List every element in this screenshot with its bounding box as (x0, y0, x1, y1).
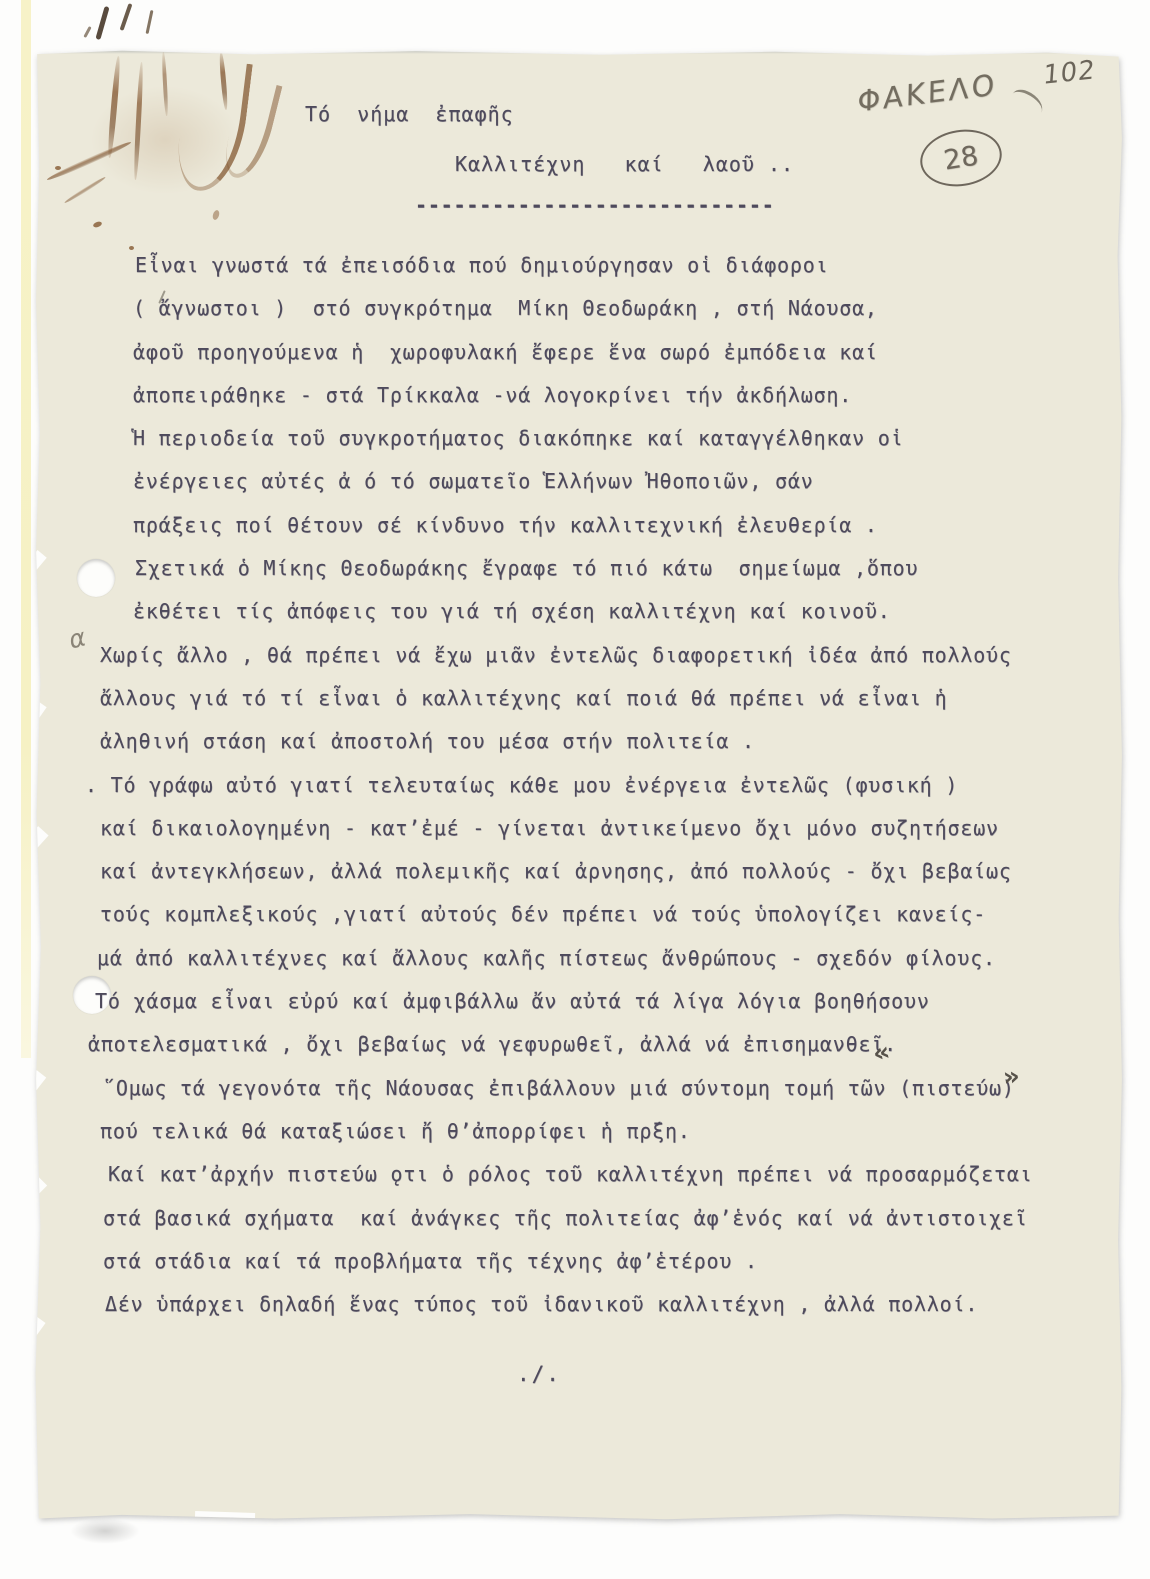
typed-line: ἀποτελεσματικά , ὄχι βεβαίως νά γεφυρωθε… (88, 1023, 1110, 1066)
handwritten-insert-close: » (1001, 1061, 1021, 1093)
typed-line: ἀληθινή στάση καί ἀποστολή του μέσα στήν… (100, 720, 1110, 763)
document-page: Τό νήμα ἐπαφῆς Καλλιτέχνη καί λαοῦ .. --… (35, 50, 1123, 1520)
scan-background: Τό νήμα ἐπαφῆς Καλλιτέχνη καί λαοῦ .. --… (0, 0, 1150, 1579)
typed-line: Δέν ὑπάρχει δηλαδή ἕνας τύπος τοῦ ἰδανικ… (105, 1283, 1110, 1326)
ink-stroke (120, 3, 133, 31)
typed-line: Χωρίς ἄλλο , θά πρέπει νά ἔχω μιᾶν ἐντελ… (100, 634, 1110, 677)
typed-line: Σχετικά ὁ Μίκης Θεοδωράκης ἔγραφε τό πιό… (135, 547, 1110, 590)
handwritten-circled-number: 28 (916, 124, 1006, 192)
typed-line: Ἡ περιοδεία τοῦ συγκροτήματος διακόπηκε … (133, 417, 1110, 460)
typed-line: . Τό γράφω αὐτό γιατί τελευταίως κάθε μο… (85, 764, 1110, 807)
typed-line: τούς κομπλεξικούς ,γιατί αὐτούς δέν πρέπ… (100, 893, 1110, 936)
typed-line: καί ἀντεγκλήσεων, ἀλλά πολεμικῆς καί ἀρν… (100, 850, 1110, 893)
document-title-line2: Καλλιτέχνη καί λαοῦ .. (455, 152, 794, 176)
typed-line: ( ἄγνωστοι ) στό συγκρότημα Μίκη Θεοδωρά… (133, 287, 1110, 330)
stain-dot (92, 221, 102, 229)
pencil-flourish (1007, 86, 1047, 121)
typed-line: ἄλλους γιά τό τί εἶναι ὁ καλλιτέχνης καί… (100, 677, 1110, 720)
stain-dot (212, 209, 221, 220)
folder-number-text: 28 (942, 140, 981, 176)
typed-line: στά βασικά σχήματα καί ἀνάγκες τῆς πολιτ… (103, 1197, 1110, 1240)
torn-edge-notch (195, 1511, 255, 1523)
typed-line: στά στάδια καί τά προβλήματα τῆς τέχνης … (103, 1240, 1110, 1283)
typed-line: ἐνέργειες αὐτές ἀ ό τό σωματεῖο Ἑλλήνων … (133, 460, 1110, 503)
title-divider-dashes: ---------------------------- (415, 193, 775, 217)
scanner-edge-strip (21, 0, 31, 1058)
typed-line: καί δικαιολογημένη - κατ’ἐμέ - γίνεται ἀ… (100, 807, 1110, 850)
typed-line: ἀποπειράθηκε - στά Τρίκκαλα -νά λογοκρίν… (133, 374, 1110, 417)
ink-stroke (146, 10, 154, 34)
typed-line: Εἶναι γνωστά τά ἐπεισόδια πού δημιούργησ… (135, 244, 1110, 287)
handwritten-margin-mark: α (66, 622, 89, 654)
typed-line: ῞Ομως τά γεγονότα τῆς Νάουσας ἐπιβάλλουν… (103, 1067, 1110, 1110)
stain-streak (64, 176, 107, 205)
typed-line: πράξεις ποί θέτουν σέ κίνδυνο τήν καλλιτ… (133, 504, 1110, 547)
scan-shadow-smudge (70, 1518, 140, 1544)
ink-stroke (95, 6, 109, 40)
handwritten-folder-label: ΦΑΚΕΛΟ (857, 67, 997, 118)
typed-line: πού τελικά θά καταξιώσει ἤ θ’ἀπορρίφει ἡ… (100, 1110, 1110, 1153)
torn-edge-notch (26, 1070, 47, 1092)
document-title-line1: Τό νήμα ἐπαφῆς (305, 102, 514, 126)
typed-body: Εἶναι γνωστά τά ἐπεισόδια πού δημιούργησ… (100, 244, 1110, 1326)
typed-line: Τό χάσμα εἶναι εὐρύ καί ἀμφιβάλλω ἄν αὐτ… (95, 980, 1110, 1023)
typed-line: Καί κατ’ἀρχήν πιστεύω ǫτι ὁ ρόλος τοῦ κα… (108, 1153, 1110, 1196)
typed-line: μά ἀπό καλλιτέχνες καί ἄλλους καλῆς πίστ… (97, 937, 1110, 980)
page-end-mark: ./. (517, 1362, 561, 1386)
typed-line: ἀφοῦ προηγούμενα ἡ χωροφυλακή ἔφερε ἕνα … (133, 331, 1110, 374)
typed-line: ἐκθέτει τίς ἀπόφεις του γιά τή σχέση καλ… (133, 590, 1110, 633)
stain-dot (55, 166, 61, 170)
torn-edge-notch (26, 1316, 45, 1336)
torn-edge-notch (24, 1176, 47, 1199)
ink-stroke (83, 26, 91, 38)
handwritten-page-number: 102 (1042, 55, 1096, 91)
